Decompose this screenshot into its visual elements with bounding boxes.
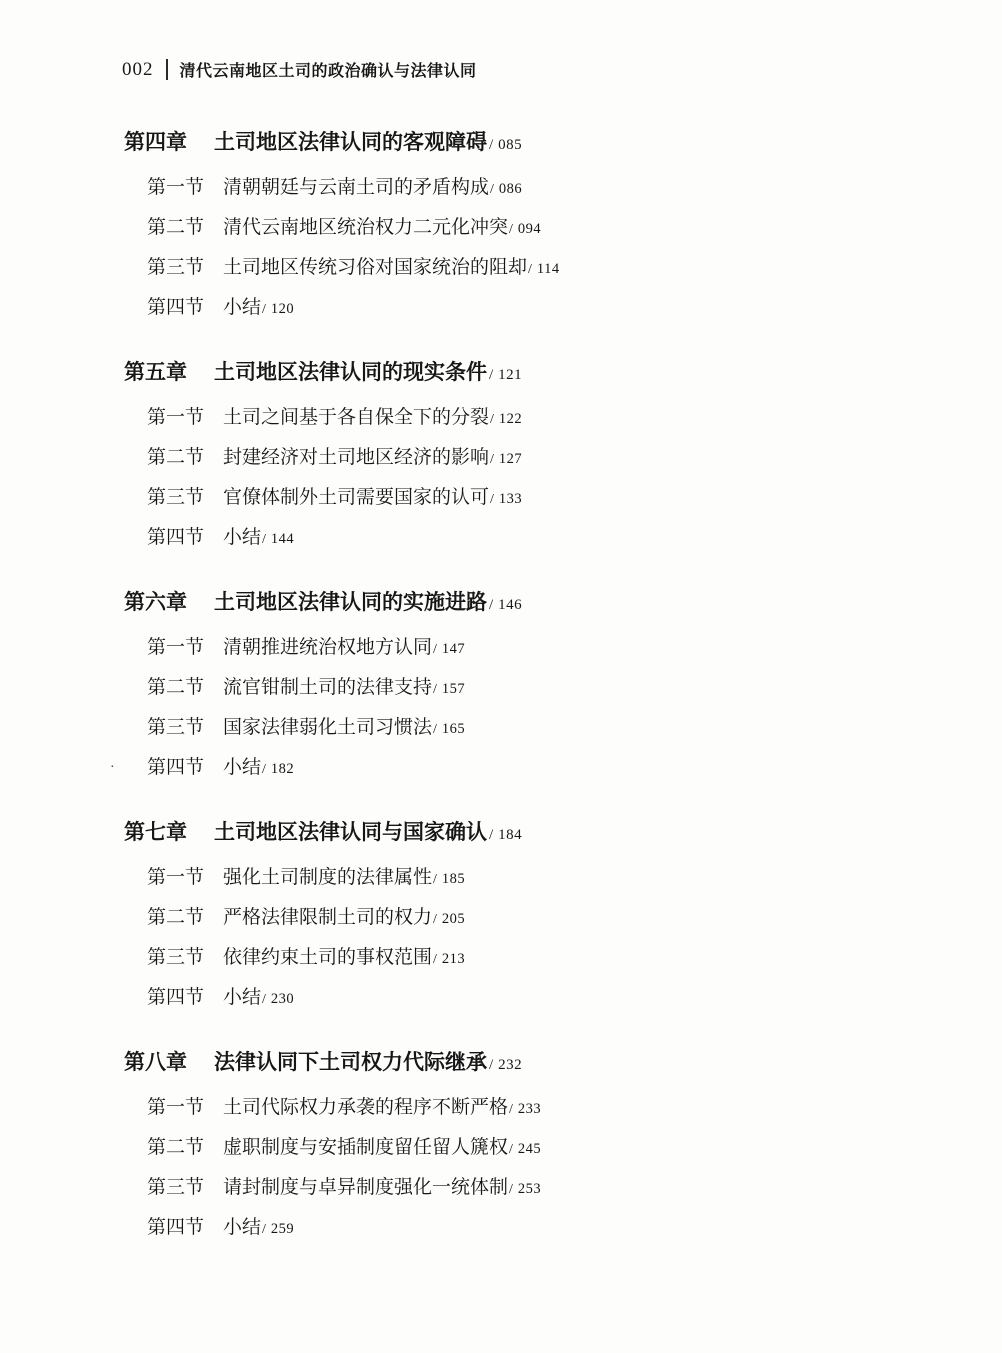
page-separator: / — [262, 762, 266, 777]
toc-section-row: 第一节土司之间基于各自保全下的分裂/122 — [124, 398, 942, 438]
page-separator: / — [489, 597, 493, 613]
section-page-number: 147 — [442, 641, 465, 657]
running-head: 002 清代云南地区土司的政治确认与法律认同 — [122, 58, 477, 81]
toc-section-row: 第四节小结/259 — [124, 1208, 942, 1248]
section-page-number: 213 — [442, 951, 465, 967]
section-number: 第一节 — [147, 637, 204, 658]
chapter-number: 第五章 — [124, 361, 187, 384]
section-page-number: 245 — [518, 1141, 541, 1157]
section-number: 第二节 — [147, 1137, 204, 1158]
page-separator: / — [262, 302, 266, 317]
section-title: 强化土司制度的法律属性 — [223, 867, 432, 888]
folio-page-number: 002 — [122, 59, 154, 81]
chapter-title: 土司地区法律认同的实施进路 — [214, 591, 487, 614]
section-title: 小结 — [223, 987, 261, 1008]
page-separator: / — [489, 1057, 493, 1073]
table-of-contents: 第四章土司地区法律认同的客观障碍/085 第一节清朝朝廷与云南土司的矛盾构成/0… — [124, 130, 942, 1280]
section-title: 清朝朝廷与云南土司的矛盾构成 — [223, 177, 489, 198]
section-title: 土司代际权力承袭的程序不断严格 — [223, 1097, 508, 1118]
section-title: 请封制度与卓异制度强化一统体制 — [223, 1177, 508, 1198]
section-number: 第四节 — [147, 297, 204, 318]
page-separator: / — [490, 452, 494, 467]
section-number: 第四节 — [147, 987, 204, 1008]
section-title: 国家法律弱化土司习惯法 — [223, 717, 432, 738]
section-title: 小结 — [223, 1217, 261, 1238]
toc-chapter-block: 第五章土司地区法律认同的现实条件/121 第一节土司之间基于各自保全下的分裂/1… — [124, 360, 942, 558]
page-separator: / — [509, 1182, 513, 1197]
section-page-number: 182 — [271, 761, 294, 777]
page-separator: / — [262, 532, 266, 547]
toc-chapter-block: 第八章法律认同下土司权力代际继承/232 第一节土司代际权力承袭的程序不断严格/… — [124, 1050, 942, 1248]
section-page-number: 120 — [271, 301, 294, 317]
section-number: 第三节 — [147, 487, 204, 508]
section-number: 第二节 — [147, 217, 204, 238]
section-number: 第一节 — [147, 177, 204, 198]
section-number: 第一节 — [147, 1097, 204, 1118]
section-title: 官僚体制外土司需要国家的认可 — [223, 487, 489, 508]
section-page-number: 205 — [442, 911, 465, 927]
toc-chapter-row: 第七章土司地区法律认同与国家确认/184 — [124, 820, 942, 848]
page-separator: / — [489, 137, 493, 153]
section-number: 第二节 — [147, 677, 204, 698]
toc-section-row: 第三节依律约束土司的事权范围/213 — [124, 938, 942, 978]
section-page-number: 086 — [499, 181, 522, 197]
toc-section-row: 第四节小结/230 — [124, 978, 942, 1018]
chapter-page-number: 232 — [498, 1057, 522, 1073]
section-number: 第三节 — [147, 947, 204, 968]
page-separator: / — [433, 642, 437, 657]
section-page-number: 157 — [442, 681, 465, 697]
section-title: 清代云南地区统治权力二元化冲突 — [223, 217, 508, 238]
section-number: 第二节 — [147, 447, 204, 468]
section-page-number: 133 — [499, 491, 522, 507]
section-title: 土司地区传统习俗对国家统治的阻却 — [223, 257, 527, 278]
toc-section-row: 第一节清朝推进统治权地方认同/147 — [124, 628, 942, 668]
section-number: 第四节 — [147, 527, 204, 548]
chapter-page-number: 121 — [498, 367, 522, 383]
chapter-number: 第四章 — [124, 131, 187, 154]
section-number: 第一节 — [147, 407, 204, 428]
toc-chapter-block: 第七章土司地区法律认同与国家确认/184 第一节强化土司制度的法律属性/185 … — [124, 820, 942, 1018]
toc-section-row: ·第四节小结/182 — [124, 748, 942, 788]
toc-chapter-row: 第八章法律认同下土司权力代际继承/232 — [124, 1050, 942, 1078]
chapter-title: 土司地区法律认同的现实条件 — [214, 361, 487, 384]
page-separator: / — [489, 367, 493, 383]
section-number: 第四节 — [147, 757, 204, 778]
section-title: 严格法律限制土司的权力 — [223, 907, 432, 928]
toc-chapter-row: 第四章土司地区法律认同的客观障碍/085 — [124, 130, 942, 158]
page-separator: / — [433, 722, 437, 737]
page-separator: / — [490, 182, 494, 197]
page-separator: / — [262, 992, 266, 1007]
book-title: 清代云南地区土司的政治确认与法律认同 — [180, 58, 477, 81]
chapter-number: 第六章 — [124, 591, 187, 614]
page-separator: / — [433, 952, 437, 967]
section-page-number: 094 — [518, 221, 541, 237]
chapter-title: 法律认同下土司权力代际继承 — [214, 1051, 487, 1074]
section-title: 小结 — [223, 297, 261, 318]
toc-section-row: 第二节虚职制度与安插制度留任留人篪权/245 — [124, 1128, 942, 1168]
section-number: 第三节 — [147, 1177, 204, 1198]
toc-section-row: 第三节土司地区传统习俗对国家统治的阻却/114 — [124, 248, 942, 288]
section-title: 土司之间基于各自保全下的分裂 — [223, 407, 489, 428]
section-page-number: 127 — [499, 451, 522, 467]
page-separator: / — [490, 492, 494, 507]
section-page-number: 259 — [271, 1221, 294, 1237]
section-number: 第二节 — [147, 907, 204, 928]
page-separator: / — [528, 262, 532, 277]
toc-section-row: 第一节清朝朝廷与云南土司的矛盾构成/086 — [124, 168, 942, 208]
section-number: 第四节 — [147, 1217, 204, 1238]
section-title: 小结 — [223, 757, 261, 778]
toc-chapter-row: 第六章土司地区法律认同的实施进路/146 — [124, 590, 942, 618]
toc-section-row: 第四节小结/120 — [124, 288, 942, 328]
section-title: 流官钳制土司的法律支持 — [223, 677, 432, 698]
chapter-page-number: 146 — [498, 597, 522, 613]
page-separator: / — [490, 412, 494, 427]
toc-chapter-block: 第四章土司地区法律认同的客观障碍/085 第一节清朝朝廷与云南土司的矛盾构成/0… — [124, 130, 942, 328]
page-separator: / — [433, 872, 437, 887]
toc-section-row: 第三节国家法律弱化土司习惯法/165 — [124, 708, 942, 748]
toc-chapter-block: 第六章土司地区法律认同的实施进路/146 第一节清朝推进统治权地方认同/147 … — [124, 590, 942, 788]
page-separator: / — [509, 1142, 513, 1157]
section-title: 封建经济对土司地区经济的影响 — [223, 447, 489, 468]
chapter-title: 土司地区法律认同与国家确认 — [214, 821, 487, 844]
section-page-number: 122 — [499, 411, 522, 427]
page-separator: / — [433, 682, 437, 697]
section-page-number: 144 — [271, 531, 294, 547]
toc-section-row: 第一节土司代际权力承袭的程序不断严格/233 — [124, 1088, 942, 1128]
section-number: 第一节 — [147, 867, 204, 888]
stray-dot-mark: · — [110, 748, 115, 788]
page-separator: / — [262, 1222, 266, 1237]
section-page-number: 114 — [537, 261, 560, 277]
chapter-number: 第八章 — [124, 1051, 187, 1074]
section-page-number: 185 — [442, 871, 465, 887]
toc-section-row: 第三节请封制度与卓异制度强化一统体制/253 — [124, 1168, 942, 1208]
toc-section-row: 第二节清代云南地区统治权力二元化冲突/094 — [124, 208, 942, 248]
chapter-page-number: 085 — [498, 137, 522, 153]
toc-section-row: 第三节官僚体制外土司需要国家的认可/133 — [124, 478, 942, 518]
toc-chapter-row: 第五章土司地区法律认同的现实条件/121 — [124, 360, 942, 388]
toc-section-row: 第二节流官钳制土司的法律支持/157 — [124, 668, 942, 708]
chapter-title: 土司地区法律认同的客观障碍 — [214, 131, 487, 154]
section-title: 小结 — [223, 527, 261, 548]
header-divider-bar — [166, 59, 168, 80]
chapter-page-number: 184 — [498, 827, 522, 843]
section-title: 虚职制度与安插制度留任留人篪权 — [223, 1137, 508, 1158]
scanned-toc-page: 002 清代云南地区土司的政治确认与法律认同 第四章土司地区法律认同的客观障碍/… — [0, 0, 1002, 1353]
page-separator: / — [509, 222, 513, 237]
chapter-number: 第七章 — [124, 821, 187, 844]
section-number: 第三节 — [147, 257, 204, 278]
section-page-number: 165 — [442, 721, 465, 737]
toc-section-row: 第一节强化土司制度的法律属性/185 — [124, 858, 942, 898]
toc-section-row: 第四节小结/144 — [124, 518, 942, 558]
toc-section-row: 第二节封建经济对土司地区经济的影响/127 — [124, 438, 942, 478]
section-page-number: 230 — [271, 991, 294, 1007]
section-title: 依律约束土司的事权范围 — [223, 947, 432, 968]
page-separator: / — [509, 1102, 513, 1117]
section-page-number: 233 — [518, 1101, 541, 1117]
section-page-number: 253 — [518, 1181, 541, 1197]
toc-section-row: 第二节严格法律限制土司的权力/205 — [124, 898, 942, 938]
page-separator: / — [433, 912, 437, 927]
section-title: 清朝推进统治权地方认同 — [223, 637, 432, 658]
page-separator: / — [489, 827, 493, 843]
section-number: 第三节 — [147, 717, 204, 738]
